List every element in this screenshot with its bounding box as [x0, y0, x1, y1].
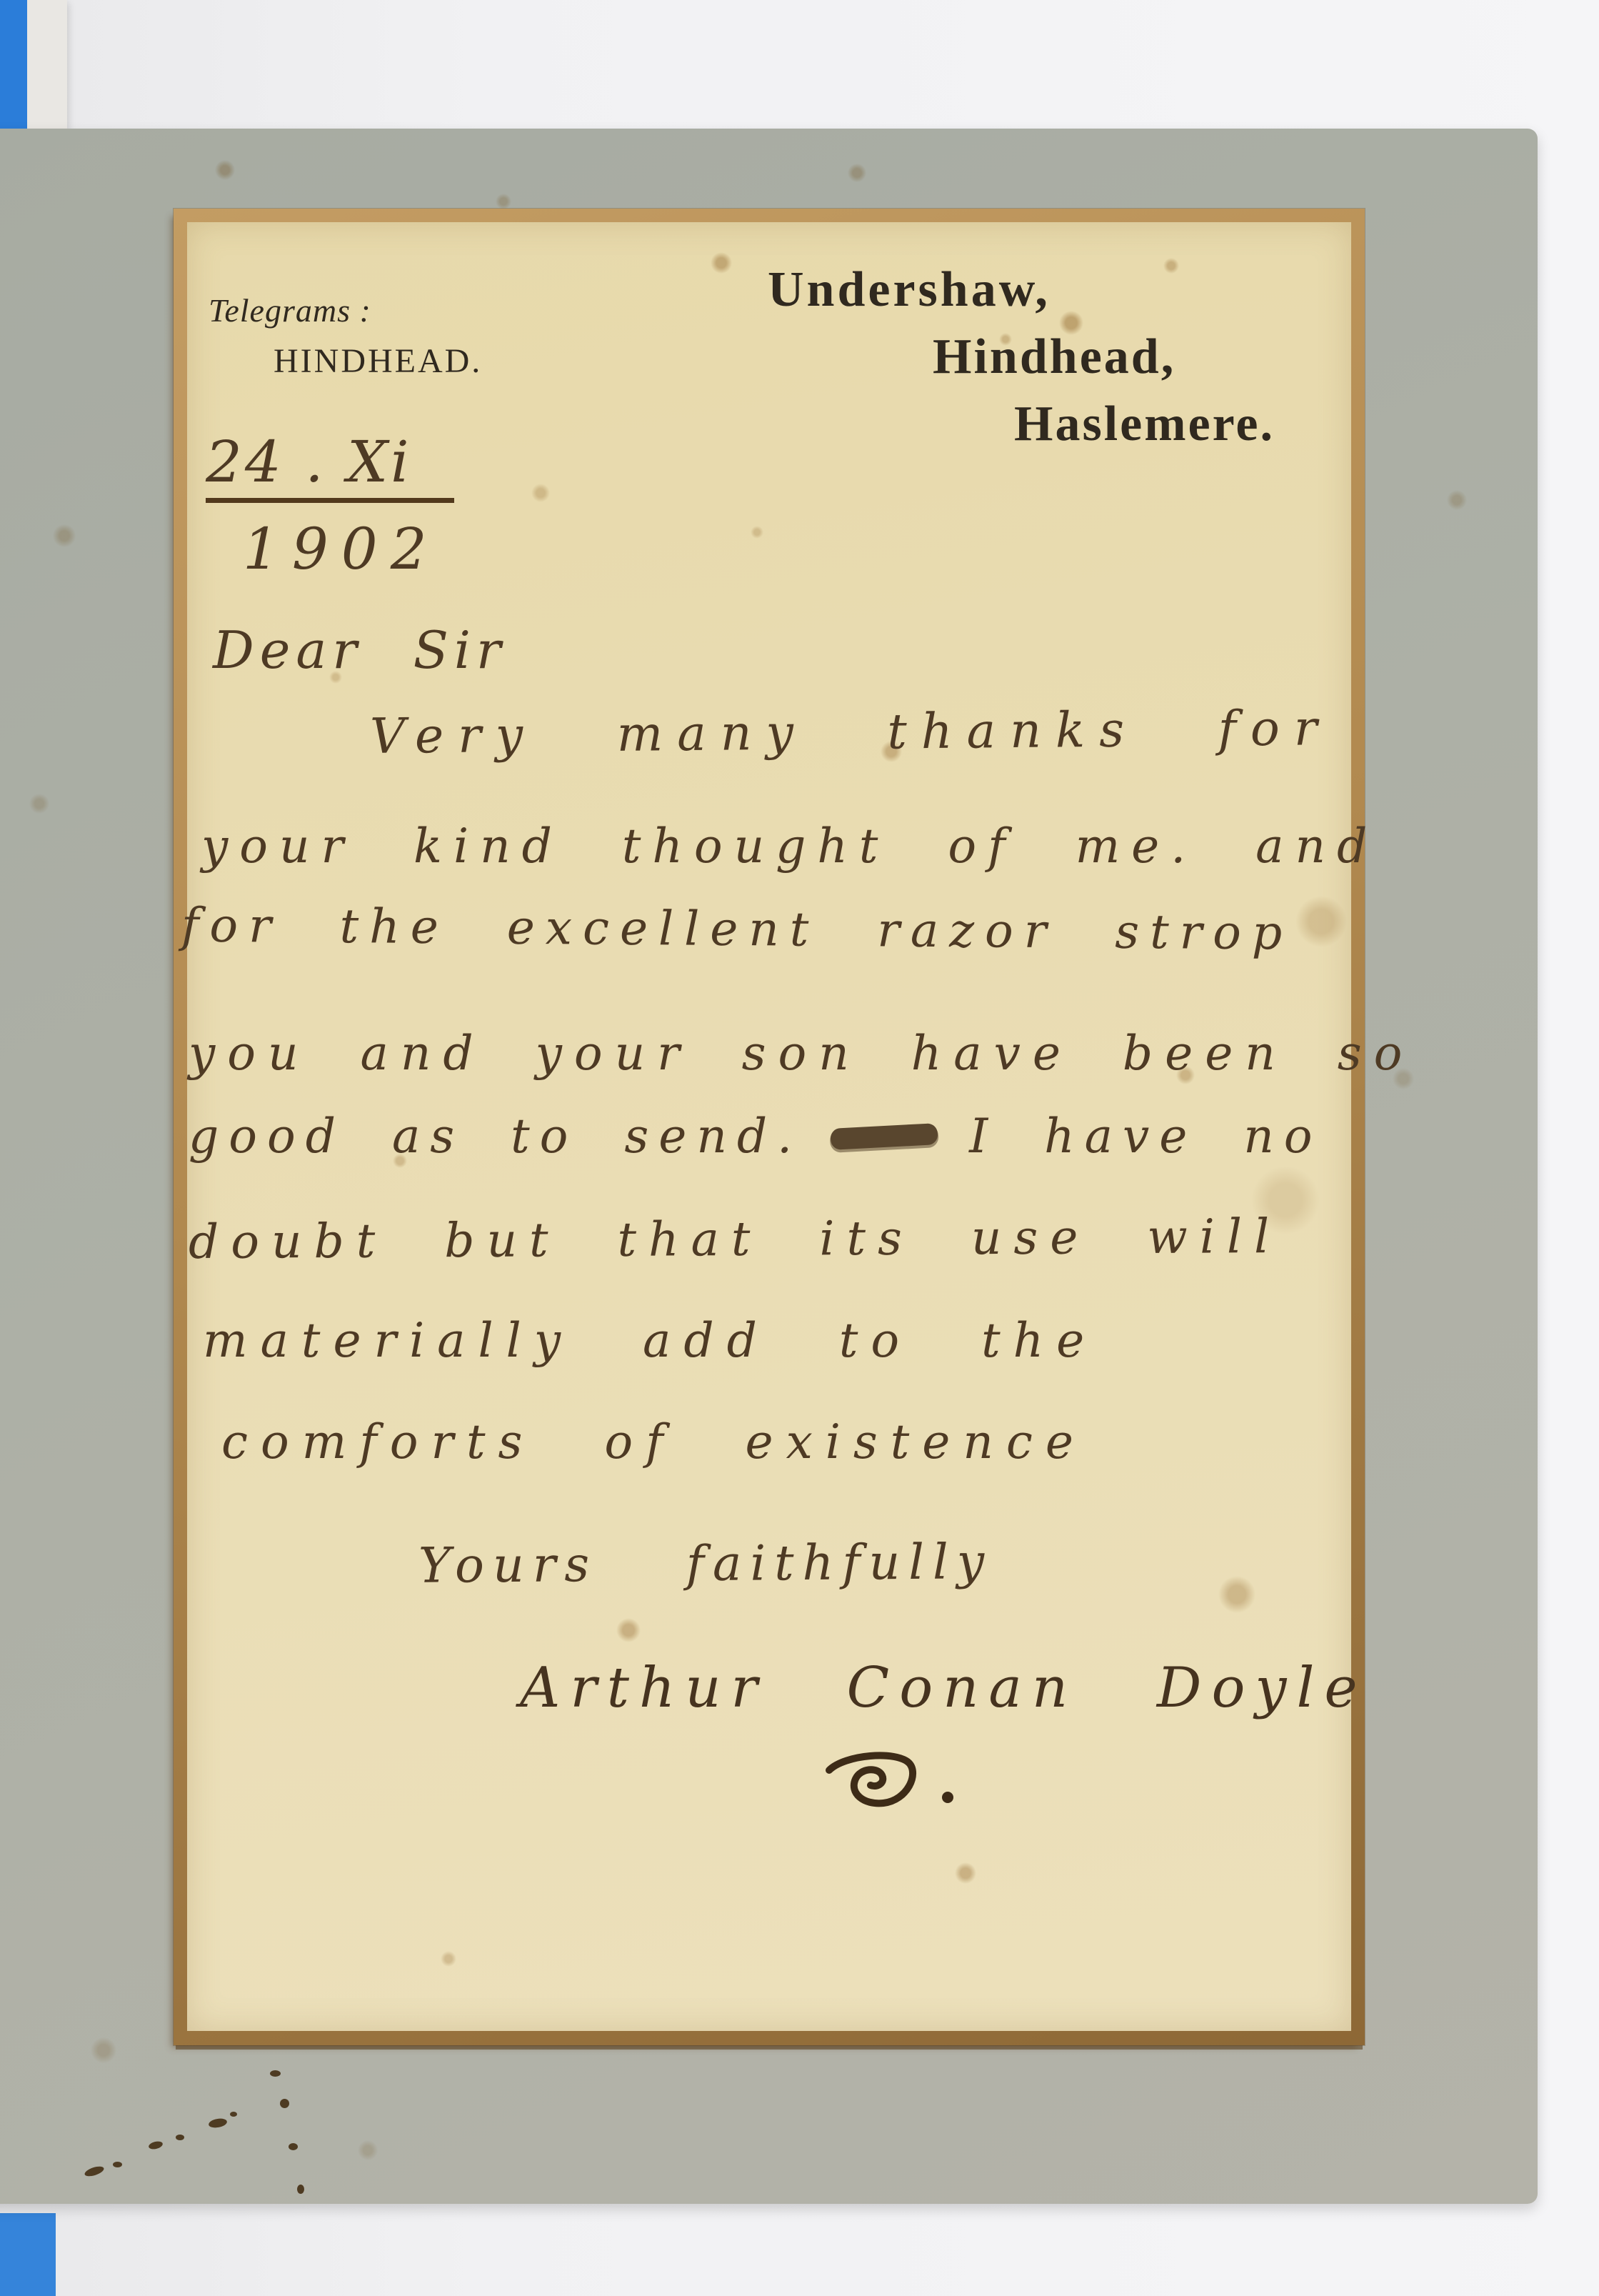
- handwritten-line: doubt but that its use will: [189, 1209, 1281, 1269]
- closing-line: Yours faithfully: [418, 1534, 993, 1594]
- letterhead-address-line: Haslemere.: [1014, 396, 1275, 453]
- telegrams-address: HINDHEAD.: [274, 341, 482, 381]
- ink-speck: [270, 2070, 281, 2077]
- telegrams-label: Telegrams :: [209, 291, 371, 329]
- ink-speck: [297, 2185, 304, 2194]
- handwritten-line: you and your son have been so: [189, 1026, 1414, 1081]
- handwritten-line: Very many thanks for: [370, 700, 1332, 765]
- handwritten-line: comforts of existence: [221, 1414, 1086, 1469]
- letterhead-address-line: Hindhead,: [933, 329, 1176, 386]
- salutation: Dear Sir: [213, 620, 506, 680]
- handwritten-line: good as to send. I have no: [189, 1109, 1323, 1164]
- handwritten-date-year: 1902: [243, 516, 440, 582]
- ink-speck: [113, 2162, 122, 2167]
- handwritten-line: for the excellent razor strop: [181, 898, 1293, 961]
- white-card-edge: [27, 0, 67, 134]
- ink-speck: [289, 2143, 298, 2150]
- signature: Arthur Conan Doyle: [520, 1656, 1368, 1720]
- handwritten-fragment: good as to send.: [189, 1109, 802, 1164]
- handwritten-date-day-month: 24 . Xi: [206, 429, 454, 503]
- struck-out-word: [830, 1123, 938, 1150]
- blue-binding-strip-top: [0, 0, 27, 136]
- letter-photograph: Telegrams : HINDHEAD. Undershaw, Hindhea…: [0, 0, 1599, 2296]
- ink-speck: [230, 2112, 237, 2117]
- handwritten-line: materially add to the: [203, 1313, 1097, 1368]
- signature-flourish: [825, 1752, 975, 1834]
- signature-flourish-icon: [825, 1752, 975, 1830]
- blue-binding-strip-bottom: [0, 2213, 56, 2296]
- letterhead-address-line: Undershaw,: [768, 261, 1051, 319]
- handwritten-line: your kind thought of me. and: [201, 819, 1378, 874]
- ink-speck: [176, 2135, 184, 2140]
- ink-speck: [280, 2099, 289, 2108]
- handwritten-fragment: I have no: [969, 1109, 1322, 1164]
